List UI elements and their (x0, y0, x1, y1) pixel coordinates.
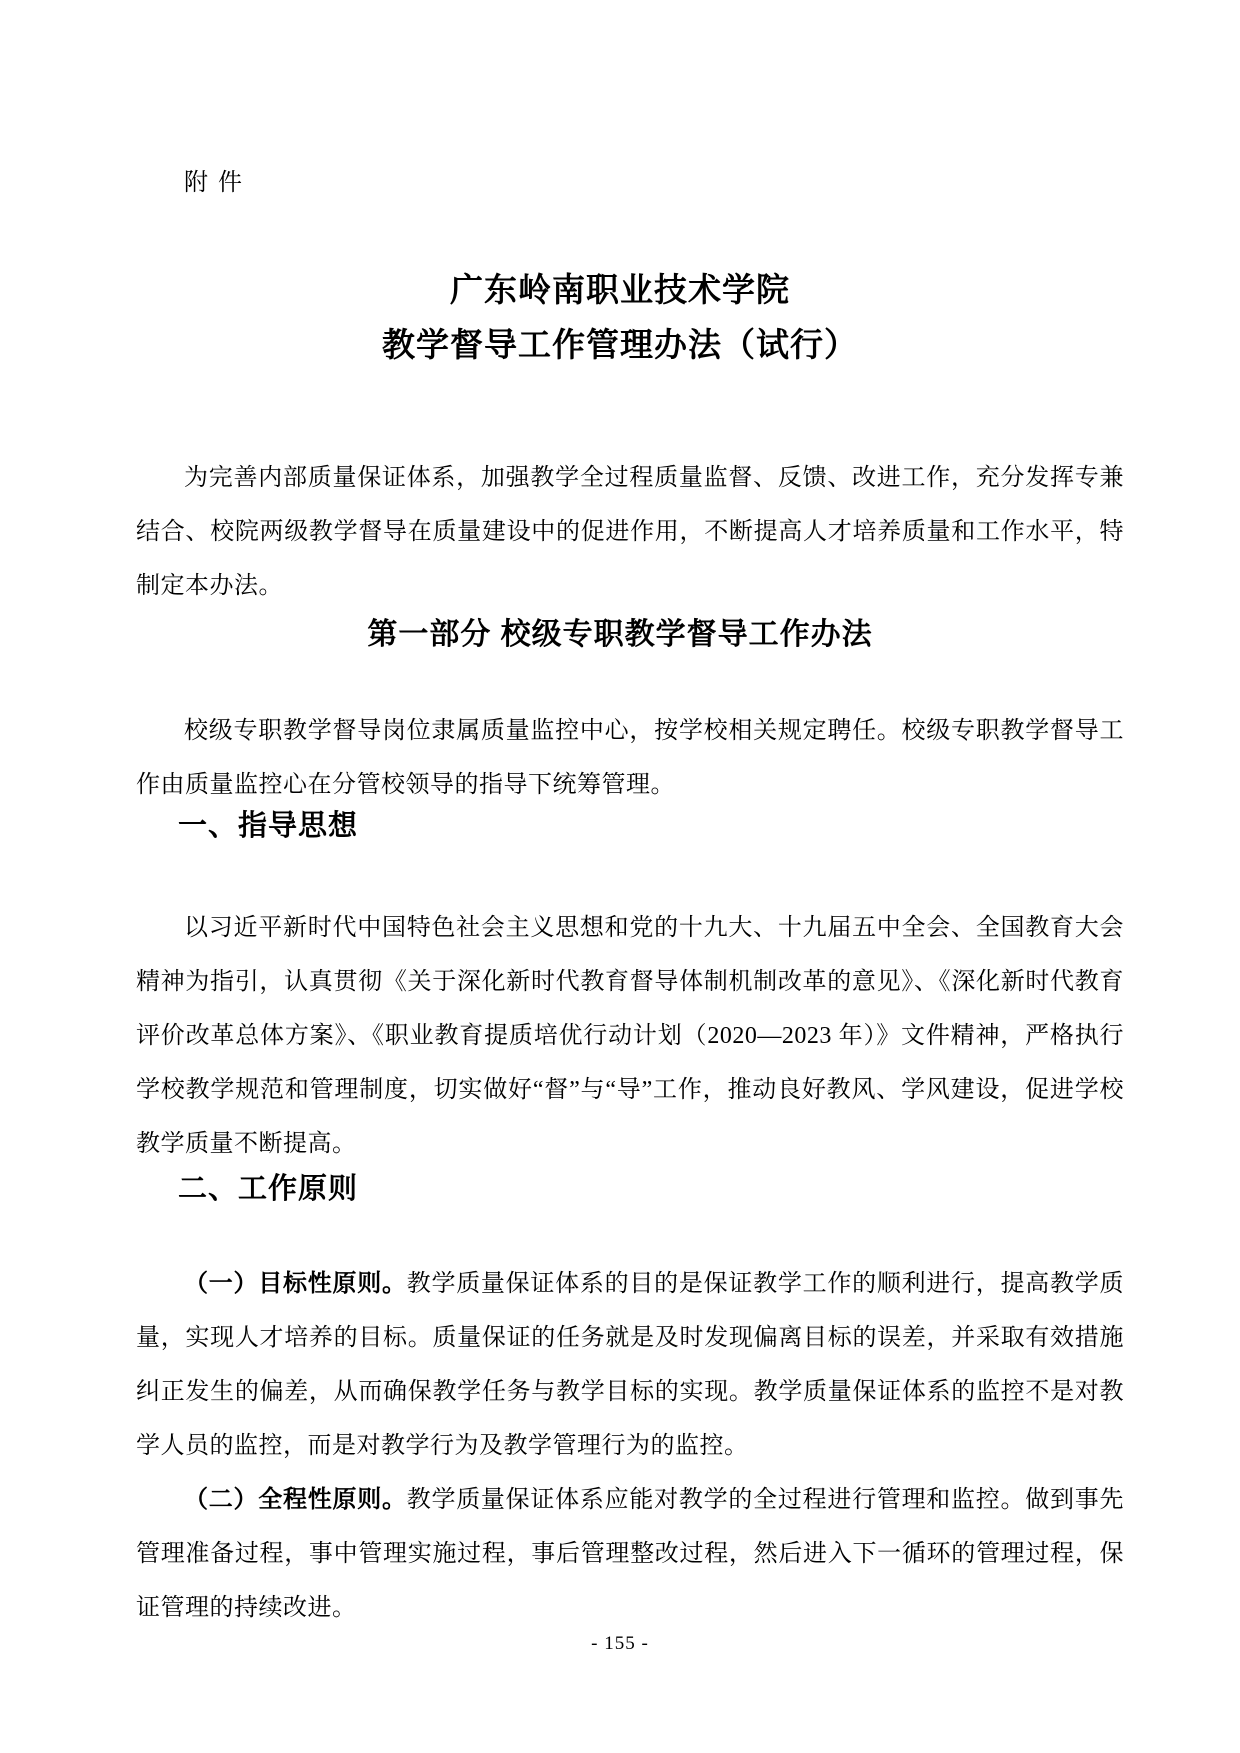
principle1-paragraph: （一）目标性原则。教学质量保证体系的目的是保证教学工作的顺利进行，提高教学质量，… (136, 1257, 1124, 1473)
principle2-paragraph: （二）全程性原则。教学质量保证体系应能对教学的全过程进行管理和监控。做到事先管理… (136, 1473, 1124, 1635)
attachment-label: 附件 (184, 168, 252, 198)
document-page: 附件 广东岭南职业技术学院 教学督导工作管理办法（试行） 为完善内部质量保证体系… (0, 0, 1240, 1753)
document-title-line2: 教学督导工作管理办法（试行） (0, 319, 1240, 374)
document-title-line1: 广东岭南职业技术学院 (0, 264, 1240, 319)
part1-intro-paragraph: 校级专职教学督导岗位隶属质量监控中心，按学校相关规定聘任。校级专职教学督导工作由… (136, 704, 1124, 812)
intro-paragraph: 为完善内部质量保证体系，加强教学全过程质量监督、反馈、改进工作，充分发挥专兼结合… (136, 451, 1124, 613)
principle1-text: 教学质量保证体系的目的是保证教学工作的顺利进行，提高教学质量，实现人才培养的目标… (136, 1271, 1124, 1459)
part1-heading: 第一部分 校级专职教学督导工作办法 (0, 616, 1240, 654)
section1-heading: 一、指导思想 (136, 808, 1124, 844)
principle1-label: （一）目标性原则。 (184, 1271, 407, 1297)
page-number: - 155 - (0, 1632, 1240, 1656)
section2-heading: 二、工作原则 (136, 1171, 1124, 1207)
principle2-label: （二）全程性原则。 (184, 1487, 407, 1513)
section1-paragraph: 以习近平新时代中国特色社会主义思想和党的十九大、十九届五中全会、全国教育大会精神… (136, 901, 1124, 1171)
document-title: 广东岭南职业技术学院 教学督导工作管理办法（试行） (0, 264, 1240, 374)
